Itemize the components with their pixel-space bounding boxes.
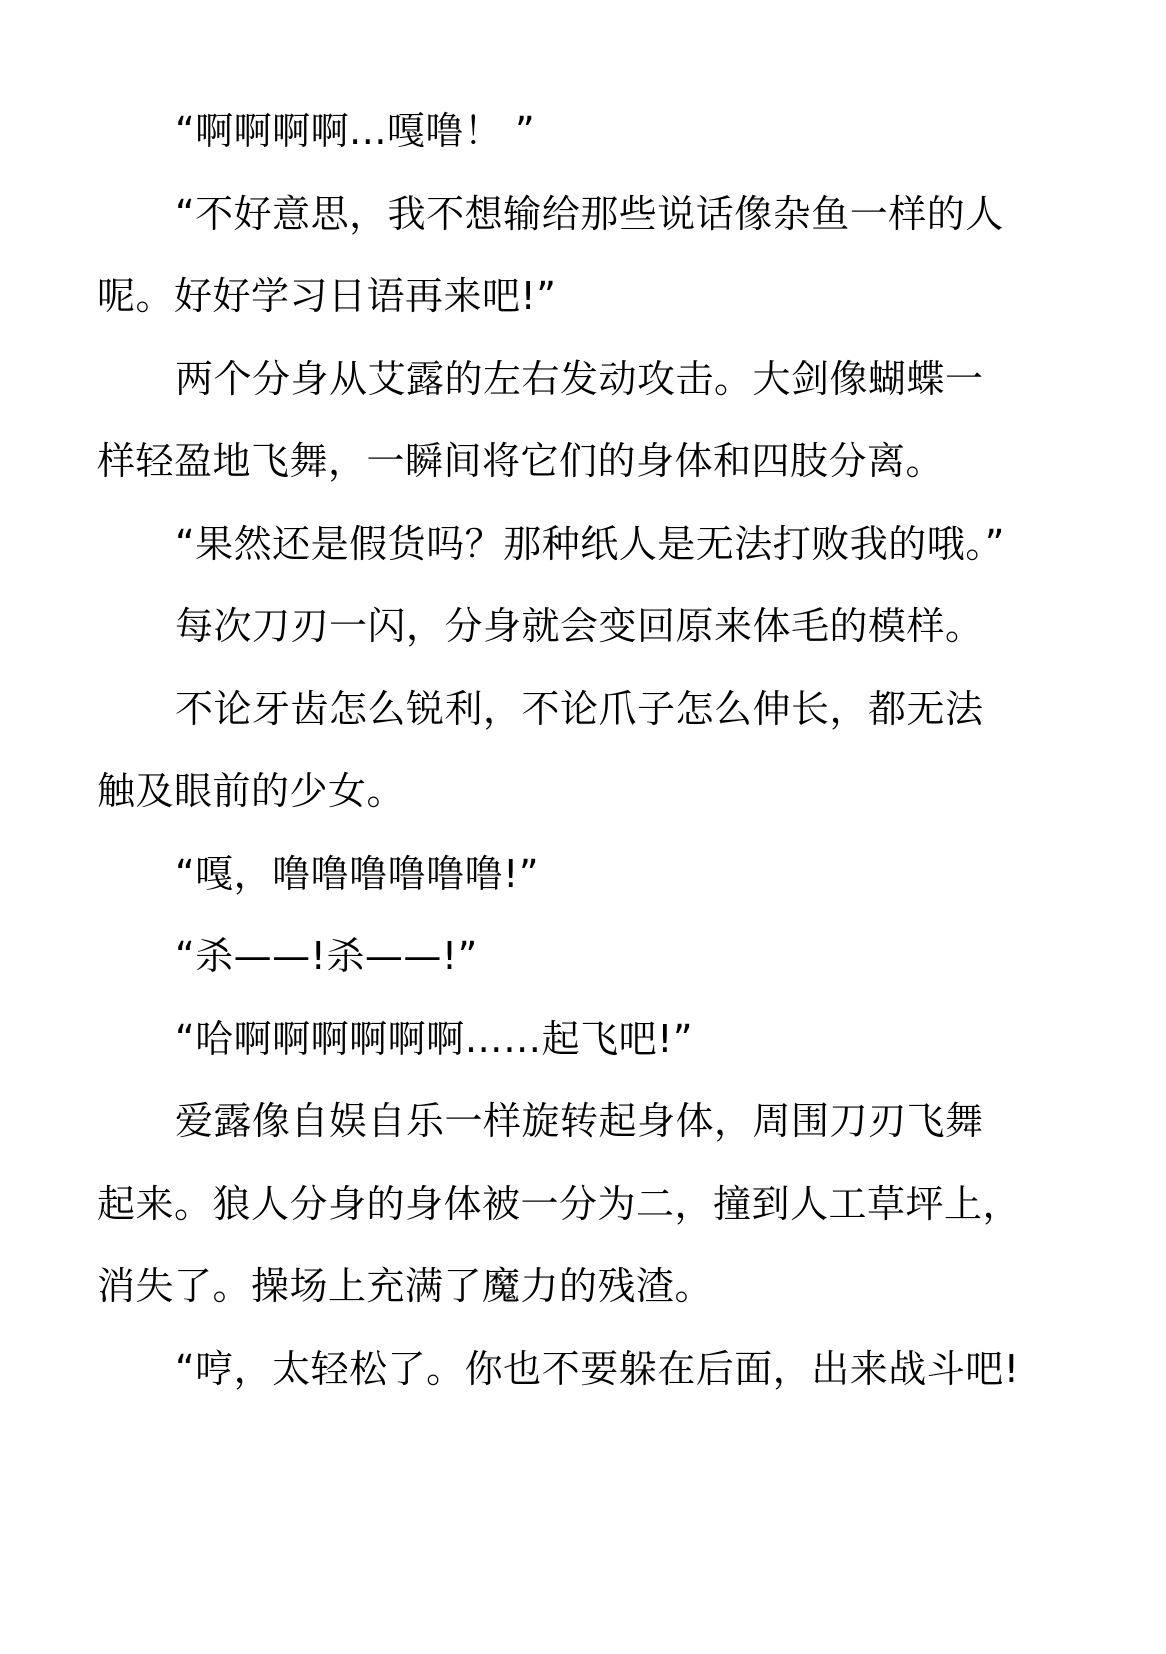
text-line: “不好意思，我不想输给那些说话像杂鱼一样的人 (97, 191, 1017, 274)
text-line: 呢。好好学习日语再来吧!” (97, 273, 1017, 356)
text-line: 爱露像自娱自乐一样旋转起身体，周围刀刃飞舞 (97, 1098, 1017, 1181)
text-line: 每次刀刃一闪，分身就会变回原来体毛的模样。 (97, 603, 1017, 686)
text-line: “啊啊啊啊...嘎噜！ ” (97, 108, 1017, 191)
text-line: “嘎，噜噜噜噜噜噜!” (97, 851, 1017, 934)
text-line: 样轻盈地飞舞，一瞬间将它们的身体和四肢分离。 (97, 438, 1017, 521)
text-line: 起来。狼人分身的身体被一分为二，撞到人工草坪上， (97, 1181, 1017, 1264)
document-page: “啊啊啊啊...嘎噜！ ” “不好意思，我不想输给那些说话像杂鱼一样的人 呢。好… (97, 108, 1017, 1428)
text-line: 触及眼前的少女。 (97, 768, 1017, 851)
text-line: “果然还是假货吗？那种纸人是无法打败我的哦。” (97, 521, 1017, 604)
text-line: 消失了。操场上充满了魔力的残渣。 (97, 1263, 1017, 1346)
text-line: “哈啊啊啊啊啊啊……起飞吧!” (97, 1016, 1017, 1099)
text-line: 两个分身从艾露的左右发动攻击。大剑像蝴蝶一 (97, 356, 1017, 439)
text-line: 不论牙齿怎么锐利，不论爪子怎么伸长，都无法 (97, 686, 1017, 769)
text-line: “杀——!杀——!” (97, 933, 1017, 1016)
text-line: “哼，太轻松了。你也不要躲在后面，出来战斗吧! (97, 1346, 1017, 1429)
